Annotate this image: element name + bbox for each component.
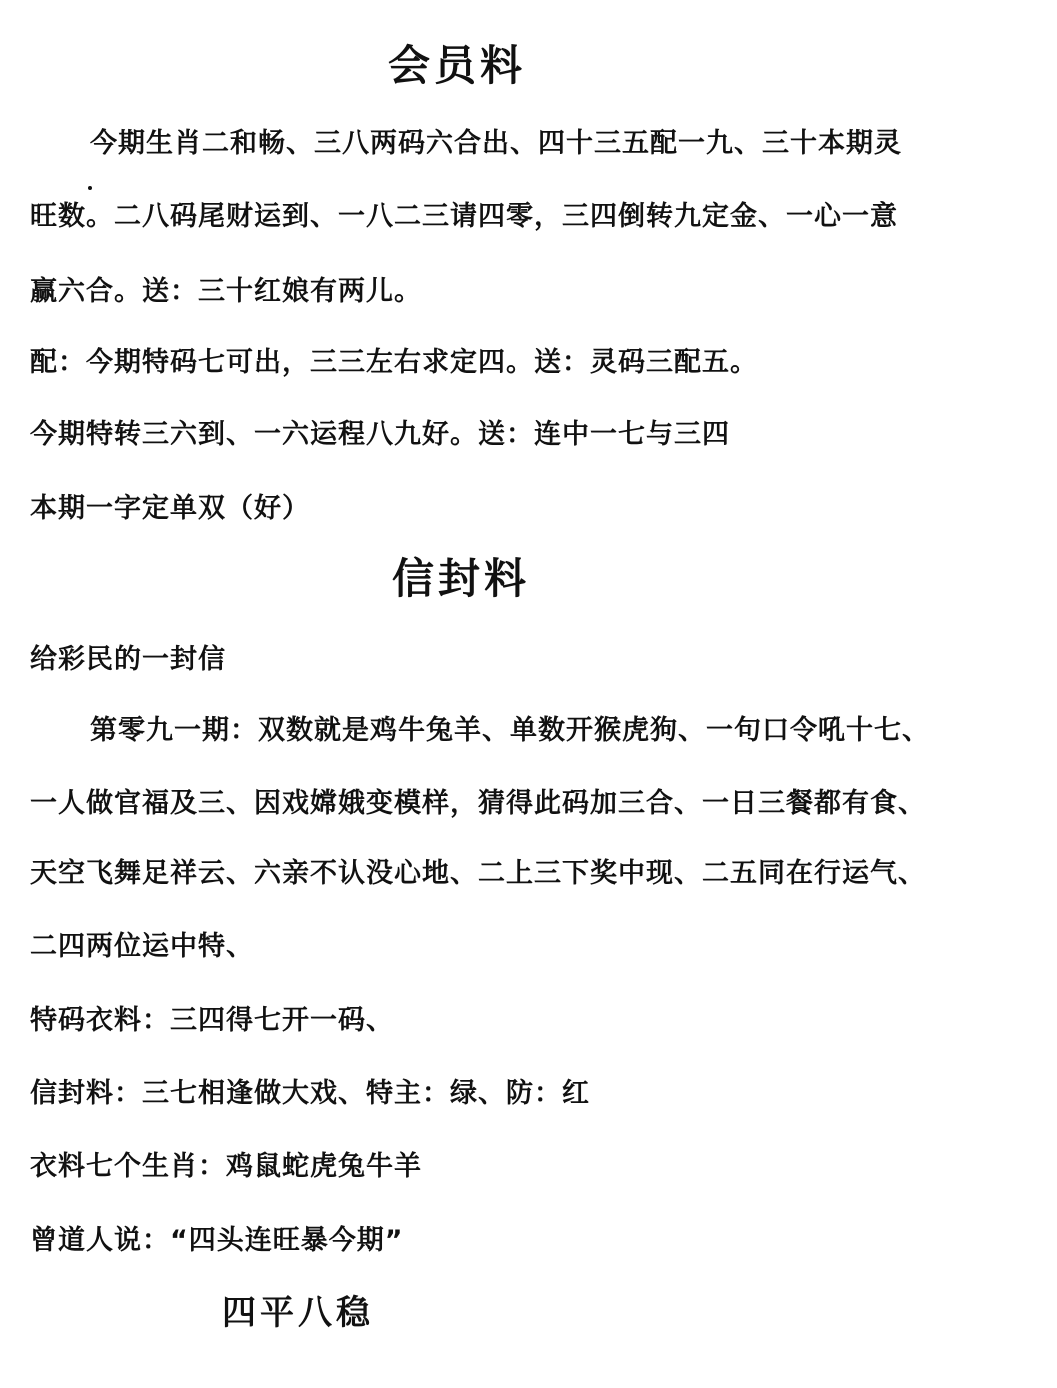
- member-line-3: 赢六合。送：三十红娘有两儿。: [30, 278, 422, 305]
- document-page: 会员料 今期生肖二和畅、三八两码六合出、四十三五配一九、三十本期灵 旺数。二八码…: [0, 0, 1057, 1388]
- member-line-1: 今期生肖二和畅、三八两码六合出、四十三五配一九、三十本期灵: [90, 130, 902, 157]
- envelope-line-1: 给彩民的一封信: [30, 646, 226, 673]
- envelope-line-3: 一人做官福及三、因戏嫦娥变模样，猜得此码加三合、一日三餐都有食、: [30, 790, 926, 817]
- section-title-envelope: 信封料: [392, 558, 530, 600]
- envelope-line-7: 信封料：三七相逢做大戏、特主：绿、防：红: [30, 1080, 590, 1107]
- stray-dot: [88, 186, 92, 190]
- member-line-4: 配：今期特码七可出，三三左右求定四。送：灵码三配五。: [30, 349, 758, 376]
- envelope-line-8: 衣料七个生肖：鸡鼠蛇虎兔牛羊: [30, 1153, 422, 1180]
- envelope-line-2: 第零九一期：双数就是鸡牛兔羊、单数开猴虎狗、一句口令吼十七、: [90, 717, 930, 744]
- envelope-line-6: 特码衣料：三四得七开一码、: [30, 1007, 394, 1034]
- member-line-5: 今期特转三六到、一六运程八九好。送：连中一七与三四: [30, 421, 730, 448]
- member-line-2: 旺数。二八码尾财运到、一八二三请四零，三四倒转九定金、一心一意: [30, 203, 898, 230]
- envelope-line-9: 曾道人说：“四头连旺暴今期”: [30, 1227, 404, 1254]
- section-title-member: 会员料: [388, 45, 526, 87]
- envelope-line-5: 二四两位运中特、: [30, 933, 254, 960]
- member-line-6: 本期一字定单双（好）: [30, 495, 310, 522]
- envelope-line-4: 天空飞舞足祥云、六亲不认没心地、二上三下奖中现、二五同在行运气、: [30, 860, 926, 887]
- section-title-closing: 四平八稳: [222, 1296, 374, 1330]
